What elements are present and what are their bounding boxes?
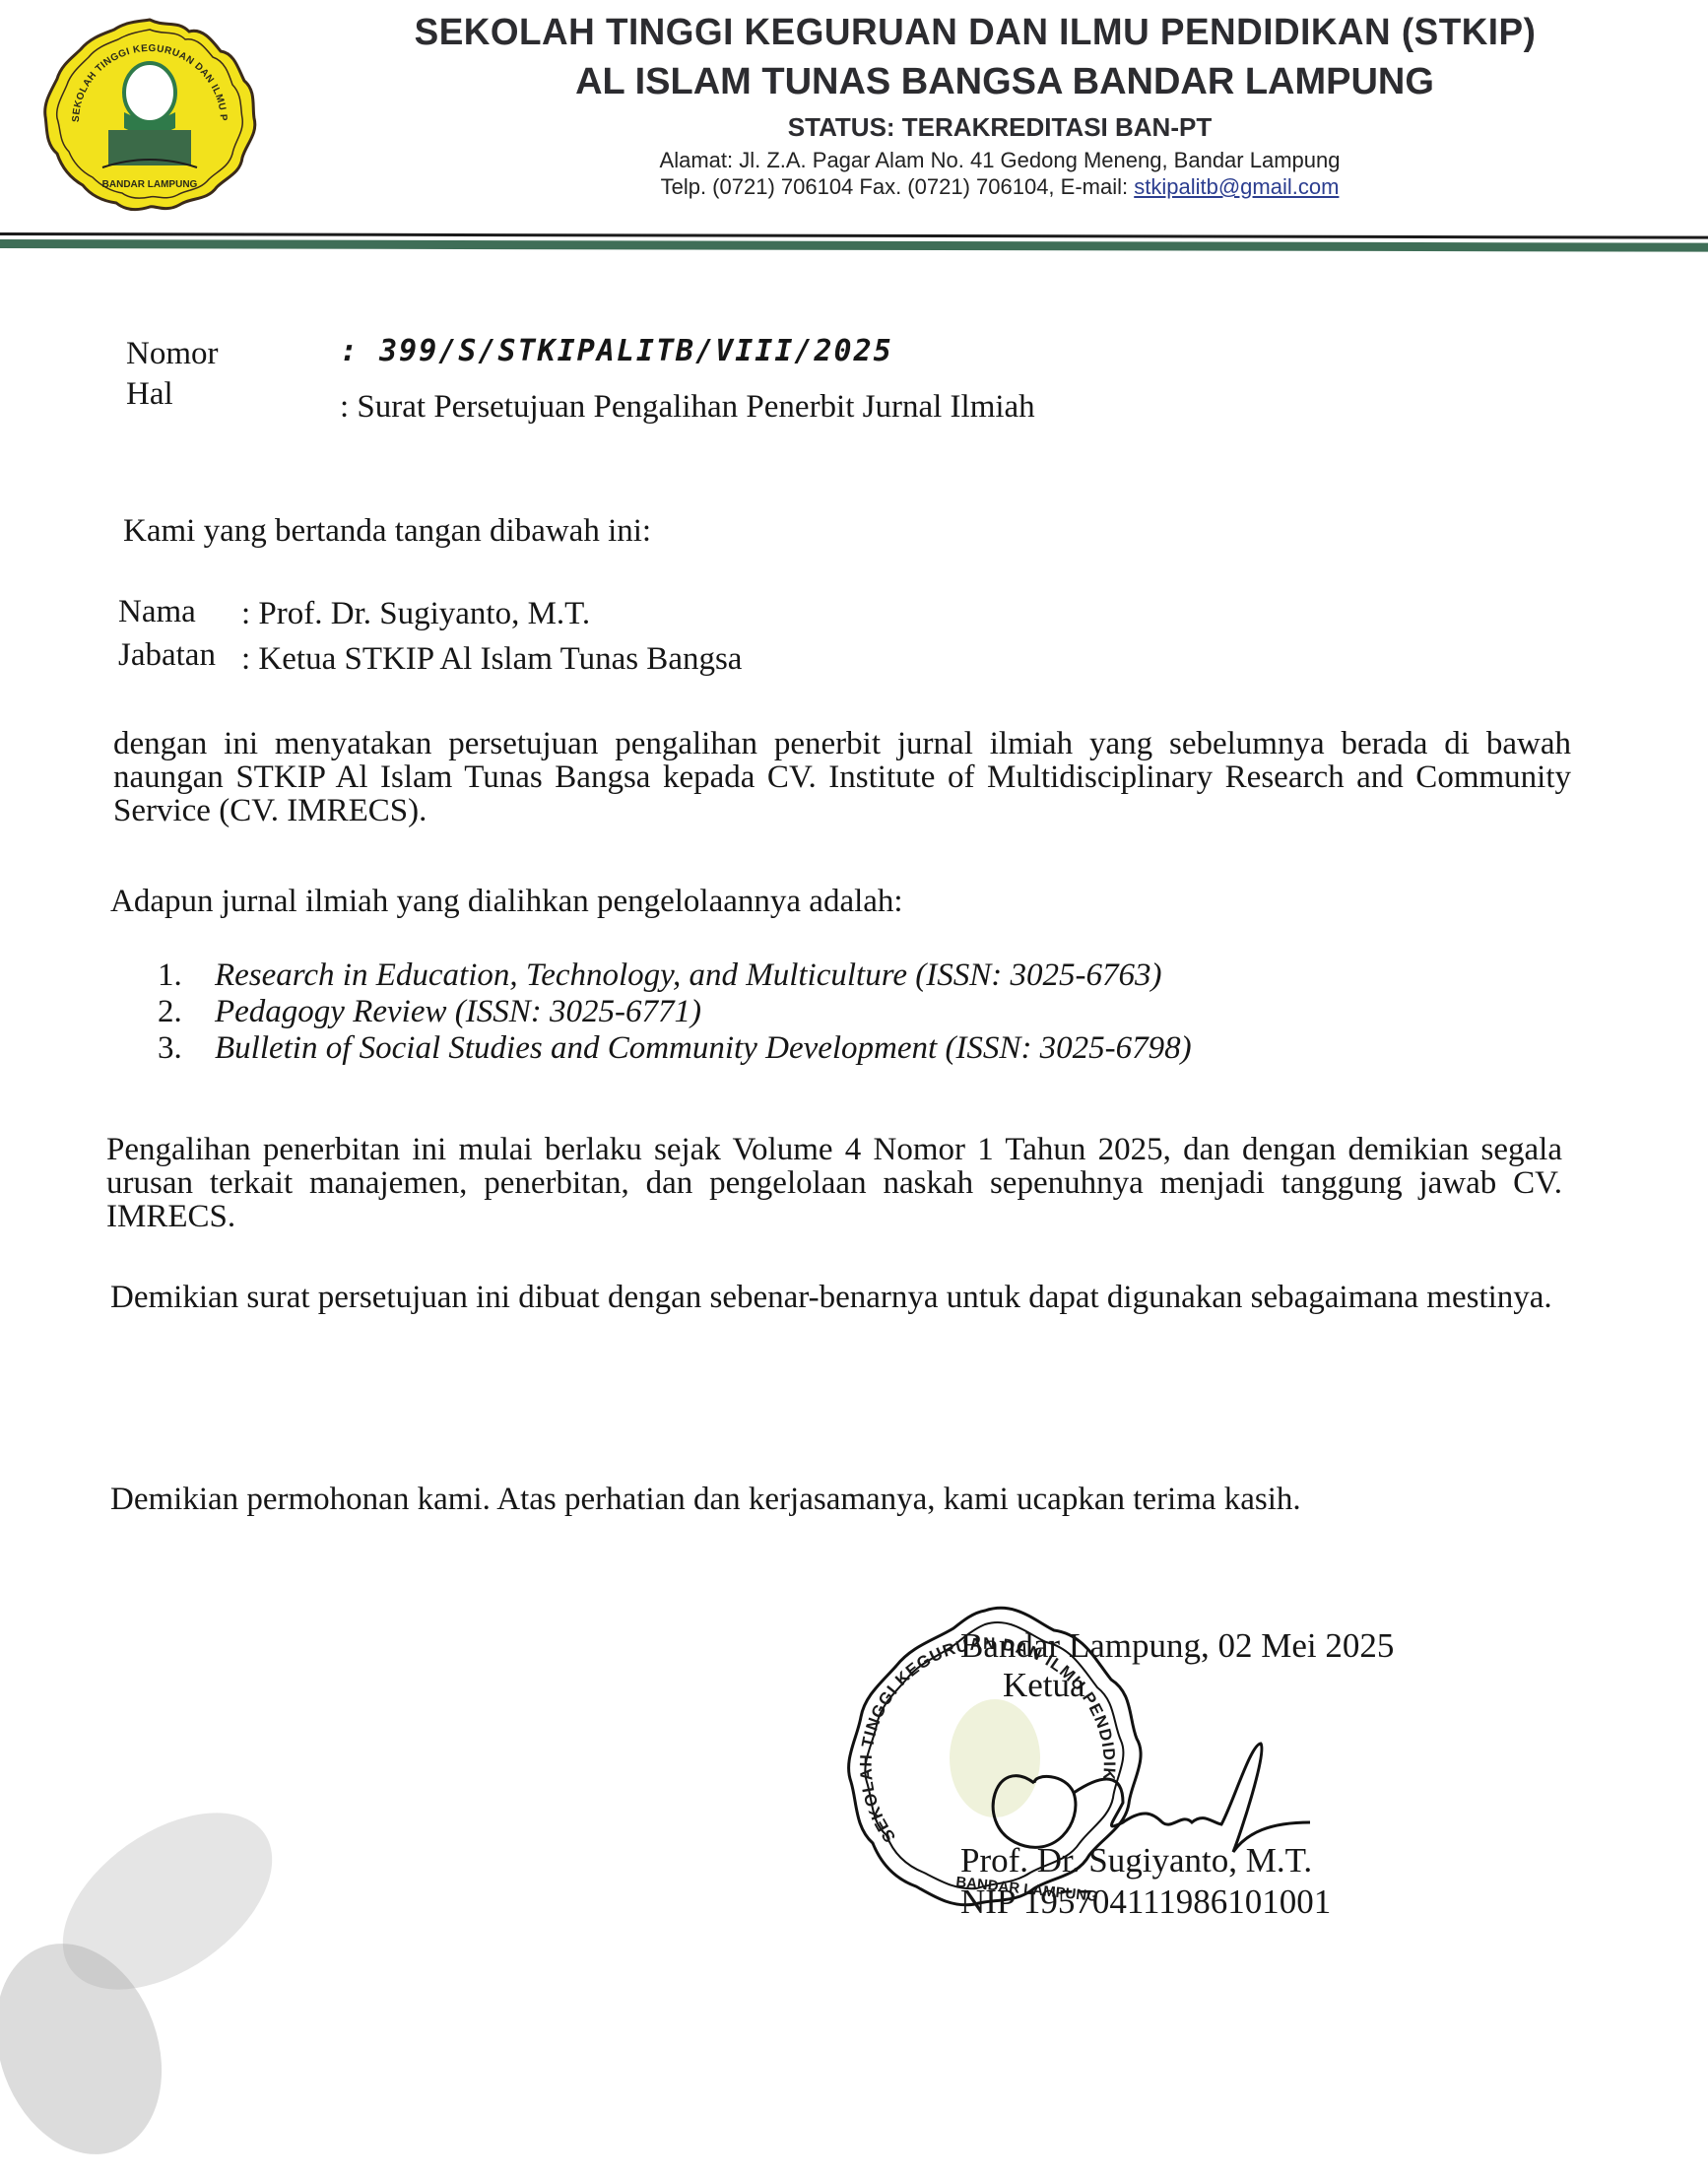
hal-value: : Surat Persetujuan Pengalihan Penerbit … [340,390,1035,424]
institution-contact: Telp. (0721) 706104 Fax. (0721) 706104, … [463,174,1537,200]
journal-list-item: 2.Pedagogy Review (ISSN: 3025-6771) [158,994,1438,1030]
nama-label: Nama [118,595,196,628]
intro-line: Kami yang bertanda tangan dibawah ini: [123,514,651,548]
institution-address: Alamat: Jl. Z.A. Pagar Alam No. 41 Gedon… [463,148,1537,173]
jabatan-value: : Ketua STKIP Al Islam Tunas Bangsa [241,642,742,676]
journal-title: Pedagogy Review (ISSN: 3025-6771) [215,994,701,1029]
signatory-nip: NIP 195704111986101001 [960,1883,1331,1921]
email-link[interactable]: stkipalitb@gmail.com [1134,174,1339,199]
jabatan-label: Jabatan [118,638,216,672]
letterhead-divider-thin [0,232,1708,239]
closing-line: Demikian permohonan kami. Atas perhatian… [110,1483,1301,1516]
contact-phone-fax: Telp. (0721) 706104 Fax. (0721) 706104, … [661,174,1135,199]
journal-list-intro: Adapun jurnal ilmiah yang dialihkan peng… [110,885,903,918]
seal-logo-icon: SEKOLAH TINGGI KEGURUAN DAN ILMU PENDIDI… [39,14,260,215]
accreditation-status: STATUS: TERAKREDITASI BAN-PT [463,112,1537,143]
signatory-position: Ketua [1003,1667,1085,1704]
scan-smudge [0,1753,325,2167]
hal-label: Hal [126,377,173,411]
institution-logo: SEKOLAH TINGGI KEGURUAN DAN ILMU PENDIDI… [39,14,260,215]
statement-paragraph: Demikian surat persetujuan ini dibuat de… [110,1281,1558,1314]
journal-list-item: 3.Bulletin of Social Studies and Communi… [158,1030,1438,1067]
journal-title: Research in Education, Technology, and M… [215,957,1161,993]
svg-text:BANDAR LAMPUNG: BANDAR LAMPUNG [102,179,198,190]
signatory-name: Prof. Dr. Sugiyanto, M.T. [960,1842,1312,1880]
effective-date-paragraph: Pengalihan penerbitan ini mulai berlaku … [106,1133,1562,1233]
journal-list-item: 1.Research in Education, Technology, and… [158,957,1438,994]
nama-value: : Prof. Dr. Sugiyanto, M.T. [241,597,590,630]
approval-paragraph: dengan ini menyatakan persetujuan pengal… [113,727,1571,827]
place-date: Bandar Lampung, 02 Mei 2025 [960,1627,1394,1665]
letterhead-divider-thick [0,239,1708,252]
institution-name-line2: AL ISLAM TUNAS BANGSA BANDAR LAMPUNG [414,61,1596,103]
journal-list: 1.Research in Education, Technology, and… [158,957,1438,1067]
institution-name-line1: SEKOLAH TINGGI KEGURUAN DAN ILMU PENDIDI… [355,12,1597,54]
nomor-label: Nomor [126,337,219,370]
nomor-value: : 399/S/STKIPALITB/VIII/2025 [340,335,893,368]
journal-title: Bulletin of Social Studies and Community… [215,1030,1192,1066]
